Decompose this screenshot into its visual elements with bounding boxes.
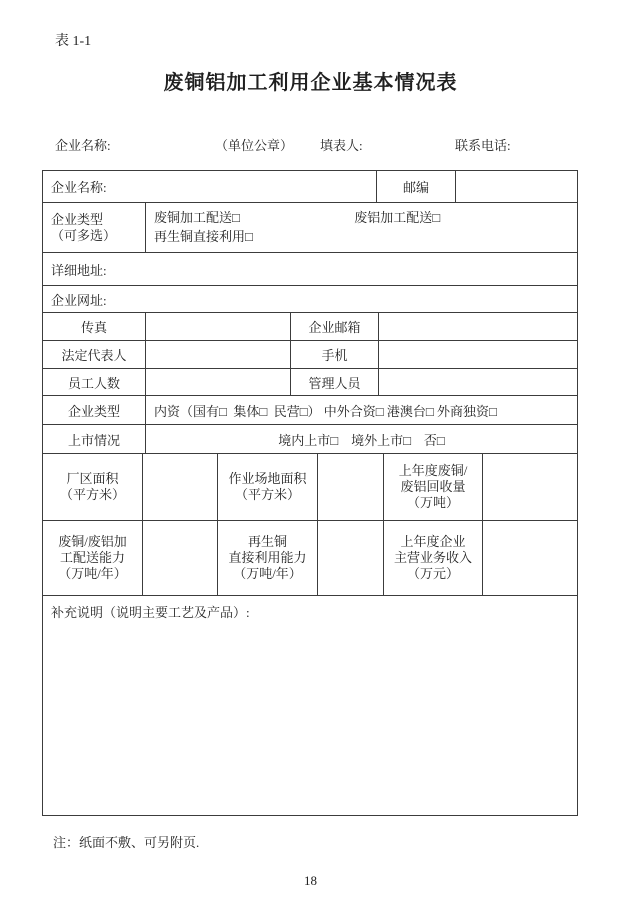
distribution-capacity-value-cell: [143, 521, 218, 596]
recovery-volume-value-cell: [483, 454, 577, 521]
management-value-cell: [379, 369, 577, 396]
row-detailed-address: 详细地址:: [43, 253, 577, 286]
direct-use-capacity-line2: 直接利用能力: [228, 550, 306, 566]
distribution-capacity-label-cell: 废铜/废铝加 工配送能力 （万吨/年）: [43, 521, 143, 596]
row-capacities-revenue: 废铜/废铝加 工配送能力 （万吨/年） 再生铜 直接利用能力 （万吨/年） 上年…: [43, 521, 577, 596]
preheader-company-name: 企业名称:: [55, 135, 111, 154]
option-scrap-copper-processing: 废铜加工配送□: [154, 209, 351, 228]
revenue-line3: （万元）: [407, 566, 459, 582]
direct-use-capacity-line1: 再生铜: [248, 534, 287, 550]
direct-use-capacity-label-cell: 再生铜 直接利用能力 （万吨/年）: [218, 521, 318, 596]
detailed-address-cell: 详细地址:: [43, 253, 577, 286]
page-number: 18: [0, 873, 621, 889]
management-label-cell: 管理人员: [291, 369, 379, 396]
company-name-label-cell: 企业名称:: [43, 171, 377, 203]
revenue-value-cell: [483, 521, 577, 596]
distribution-capacity-line3: （万吨/年）: [58, 566, 127, 582]
revenue-label-cell: 上年度企业 主营业务收入 （万元）: [384, 521, 483, 596]
row-ownership-type: 企业类型 内资（国有□ 集体□ 民营□） 中外合资□ 港澳台□ 外商独资□: [43, 396, 577, 425]
email-label-cell: 企业邮箱: [291, 313, 379, 341]
row-areas-recovery: 厂区面积 （平方米） 作业场地面积 （平方米） 上年度废铜/ 废铝回收量 （万吨…: [43, 454, 577, 521]
legal-rep-value-cell: [146, 341, 291, 369]
preheader-line: 企业名称: （单位公章） 填表人: 联系电话:: [0, 135, 621, 155]
staff-count-value-cell: [146, 369, 291, 396]
revenue-line2: 主营业务收入: [394, 550, 472, 566]
form-table: 企业名称: 邮编 企业类型 （可多选） 废铜加工配送□ 废铝加工配送□ 再生铜直…: [42, 170, 578, 816]
factory-area-label-cell: 厂区面积 （平方米）: [43, 454, 143, 521]
website-cell: 企业网址:: [43, 286, 577, 313]
supplementary-notes-cell: 补充说明（说明主要工艺及产品）:: [43, 596, 577, 815]
distribution-capacity-line1: 废铜/废铝加: [58, 534, 127, 550]
recovery-volume-label-cell: 上年度废铜/ 废铝回收量 （万吨）: [384, 454, 483, 521]
worksite-area-line2: （平方米）: [235, 487, 300, 503]
staff-count-label-cell: 员工人数: [43, 369, 146, 396]
enterprise-type-label-cell: 企业类型 （可多选）: [43, 203, 146, 253]
ownership-label-cell: 企业类型: [43, 396, 146, 425]
mobile-label-cell: 手机: [291, 341, 379, 369]
worksite-area-label-cell: 作业场地面积 （平方米）: [218, 454, 318, 521]
listing-options-cell: 境内上市□ 境外上市□ 否□: [146, 425, 577, 454]
enterprise-type-label-line1: 企业类型: [51, 212, 103, 228]
option-scrap-alum-processing: 废铝加工配送□: [354, 210, 440, 225]
table-number-label: 表 1-1: [55, 30, 621, 50]
worksite-area-line1: 作业场地面积: [228, 471, 306, 487]
distribution-capacity-line2: 工配送能力: [60, 550, 125, 566]
email-value-cell: [379, 313, 577, 341]
factory-area-line2: （平方米）: [60, 487, 125, 503]
listing-label-cell: 上市情况: [43, 425, 146, 454]
row-legal-rep-mobile: 法定代表人 手机: [43, 341, 577, 369]
row-listing-status: 上市情况 境内上市□ 境外上市□ 否□: [43, 425, 577, 454]
row-fax-email: 传真 企业邮箱: [43, 313, 577, 341]
footnote: 注：纸面不敷、可另附页.: [53, 832, 621, 851]
fax-value-cell: [146, 313, 291, 341]
row-enterprise-type-multiselect: 企业类型 （可多选） 废铜加工配送□ 废铝加工配送□ 再生铜直接利用□: [43, 203, 577, 253]
recovery-volume-line1: 上年度废铜/: [399, 463, 468, 479]
direct-use-capacity-line3: （万吨/年）: [233, 566, 302, 582]
recovery-volume-line3: （万吨）: [407, 495, 459, 511]
row-website: 企业网址:: [43, 286, 577, 313]
page-title: 废铜铝加工利用企业基本情况表: [0, 66, 621, 95]
worksite-area-value-cell: [318, 454, 384, 521]
revenue-line1: 上年度企业: [400, 534, 465, 550]
enterprise-type-options-cell: 废铜加工配送□ 废铝加工配送□ 再生铜直接利用□: [146, 203, 577, 253]
recovery-volume-line2: 废铝回收量: [400, 479, 465, 495]
mobile-value-cell: [379, 341, 577, 369]
ownership-options-cell: 内资（国有□ 集体□ 民营□） 中外合资□ 港澳台□ 外商独资□: [146, 396, 577, 425]
factory-area-line1: 厂区面积: [66, 471, 118, 487]
legal-rep-label-cell: 法定代表人: [43, 341, 146, 369]
preheader-contact-phone: 联系电话:: [455, 135, 511, 154]
enterprise-type-label-line2: （可多选）: [51, 228, 116, 244]
preheader-filler: 填表人:: [320, 135, 363, 154]
factory-area-value-cell: [143, 454, 218, 521]
fax-label-cell: 传真: [43, 313, 146, 341]
row-company-name: 企业名称: 邮编: [43, 171, 577, 203]
row-supplementary-notes: 补充说明（说明主要工艺及产品）:: [43, 596, 577, 815]
preheader-seal-note: （单位公章）: [215, 135, 293, 154]
postcode-label-cell: 邮编: [377, 171, 456, 203]
direct-use-capacity-value-cell: [318, 521, 384, 596]
document-page: 表 1-1 废铜铝加工利用企业基本情况表 企业名称: （单位公章） 填表人: 联…: [0, 0, 621, 907]
row-staff-management: 员工人数 管理人员: [43, 369, 577, 396]
postcode-value-cell: [456, 171, 577, 203]
option-recycled-copper-direct-use: 再生铜直接利用□: [154, 229, 253, 244]
